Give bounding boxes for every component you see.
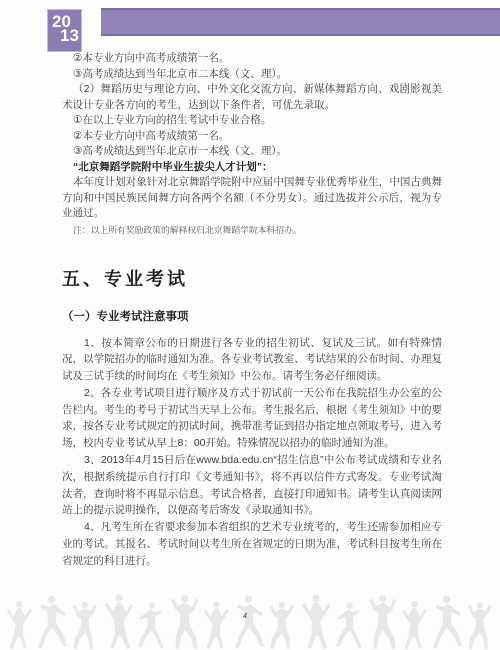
numbered-paragraph: 2、各专业考试项目进行顺序及方式于初试前一天公布在我院招生办公室的公告栏内。考生…	[62, 385, 442, 452]
text-line: ②本专业方向中高考成绩第一名。	[62, 51, 442, 67]
dancer-silhouettes-band	[0, 580, 500, 650]
text-line: ③高考成绩达到当年北京市一本线（文、理）。	[62, 144, 442, 160]
numbered-paragraph: 3、2013年4月15日后在www.bda.edu.cn“招生信息”中公布考试成…	[62, 452, 442, 519]
dancer-silhouette-icon	[137, 600, 165, 650]
dancer-silhouette-icon	[401, 600, 429, 650]
dancer-silhouette-icon	[6, 600, 34, 650]
numbered-paragraph: 4、凡考生所在省要求参加本省组织的艺术专业统考的，考生还需参加相应专业的考试。其…	[62, 519, 442, 569]
subsection-heading: （一）专业考试注意事项	[62, 308, 442, 324]
logo-year-bottom: 13	[60, 28, 81, 43]
header-purple-bar	[101, 8, 500, 36]
text-line: ①在以上专业方向的招生考试中专业合格。	[62, 113, 442, 129]
section-heading: 五、专业考试	[62, 265, 442, 291]
page-content: ②本专业方向中高考成绩第一名。③高考成绩达到当年北京市二本线（文、理）。（2）舞…	[62, 51, 442, 570]
dancer-silhouette-icon	[467, 600, 495, 650]
text-line: ③高考成绩达到当年北京市二本线（文、理）。	[62, 67, 442, 83]
dancer-silhouette-icon	[103, 593, 134, 650]
dancer-silhouette-icon	[72, 600, 100, 650]
text-line: ②本专业方向中高考成绩第一名。	[62, 129, 442, 145]
document-page: 20 13 ②本专业方向中高考成绩第一名。③高考成绩达到当年北京市二本线（文、理…	[0, 0, 500, 650]
dancer-silhouette-icon	[269, 600, 297, 650]
dancer-silhouette-icon	[335, 600, 363, 650]
page-number: 4	[243, 613, 247, 620]
text-line: 注：以上所有奖励政策的解释权归北京舞蹈学院本科招办。	[62, 222, 442, 238]
dancer-silhouette-icon	[300, 593, 331, 650]
dancer-silhouette-icon	[366, 593, 397, 650]
dancer-silhouette-icon	[203, 600, 231, 650]
dancer-silhouette-icon	[168, 593, 199, 650]
dancer-silhouette-icon	[432, 593, 463, 650]
year-2013-logo: 20 13	[47, 9, 82, 52]
policy-text-block: ②本专业方向中高考成绩第一名。③高考成绩达到当年北京市二本线（文、理）。（2）舞…	[62, 51, 442, 238]
text-line: （2）舞蹈历史与理论方向、中外文化交流方向、新媒体舞蹈方向、戏剧影视美术设计专业…	[62, 82, 442, 113]
dancer-silhouette-icon	[37, 593, 68, 650]
exam-notes-paragraphs: 1、按本简章公布的日期进行各专业的招生初试、复试及三试。如有特殊情况，以学院招办…	[62, 335, 442, 570]
text-line: “北京舞蹈学院附中毕业生拔尖人才计划”：	[62, 160, 442, 176]
numbered-paragraph: 1、按本简章公布的日期进行各专业的招生初试、复试及三试。如有特殊情况，以学院招办…	[62, 335, 442, 385]
dancer-silhouette-icon	[234, 593, 265, 650]
text-line: 本年度计划对象针对北京舞蹈学院附中应届中国舞专业优秀毕业生，中国古典舞方向和中国…	[62, 175, 442, 222]
